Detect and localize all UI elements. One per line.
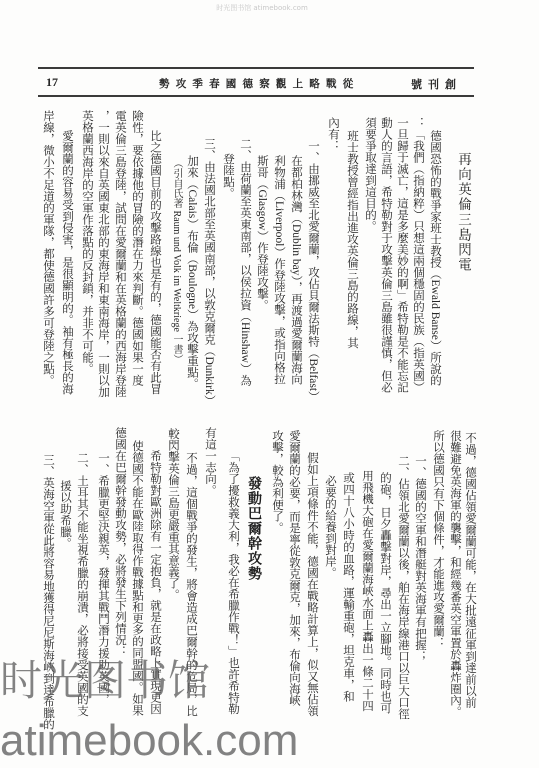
text-column: 假如上項條件不能，德國在戰略計算上，似又無佔領 [306, 452, 318, 717]
text-column: 斯哥（Glasgow）作登陸攻擊。 [256, 155, 268, 311]
section-heading: 發動巴爾幹攻勢 [246, 476, 261, 581]
text-column: 英格蘭西海岸的空軍作落點的反封鎖，并非不可能。 [81, 110, 93, 375]
page-number: 17 [46, 75, 58, 90]
citation: （引自氏著 Raum und Volk im Weltkriege 一書） [170, 158, 182, 364]
text-column: 險性，要依據他的冒險的潛在力來判斷。德國如果一度 [131, 110, 143, 386]
issue-label: 創刊號 [411, 76, 462, 92]
text-column: 德國在巴爾幹發動攻勢，必將發生下列情況： [114, 427, 126, 657]
list-item: 二、佔領北愛爾蘭以後，舶在海岸線港口以巨大口徑 [397, 455, 409, 720]
text-column: 愛爾蘭的容易受到侵害，是很顯明的。袖有極長的海 [61, 130, 73, 395]
text-column: 須要爭取達到這目的。 [364, 117, 376, 232]
scanned-page: 时光图书馆 atimebook.com 17 從戰略上觀察德國春季攻勢 創刊號 … [0, 0, 539, 768]
text-column: 用飛機大砲在愛爾蘭海峽水面上轟出一條二十四 [361, 470, 373, 712]
text-column: ，一則以來自英國東北部的東海岸和東南海岸，一則以加 [97, 110, 109, 398]
text-column: 的砲，日夕轟擊對岸，尋出一立腳地。同時也可 [379, 472, 391, 714]
text-column: 利物浦（Liverpool）作登陸攻擊，或指向格拉 [273, 155, 285, 384]
text-column: 電英倫三島登陸，試問在愛爾蘭和在英格蘭的西海岸登陸 [114, 110, 126, 398]
text-column: 必要的給養到對岸。 [324, 475, 336, 579]
section-title: 再向英倫三島閃電 [456, 152, 470, 273]
watermark-url: atimebook.com [0, 719, 298, 763]
list-item: 一、由挪威至北愛爾蘭，攻佔貝爾法斯特（Belfast） [307, 140, 319, 403]
text-column: 有這一志向。 [204, 427, 216, 496]
text-column: 所以德國只有下個條件，才能進攻愛爾蘭： [432, 430, 444, 649]
text-column: 內有： [327, 117, 339, 152]
text-column: 在都柏林灣（Dublin bay），再渡過愛爾蘭海向 [290, 155, 302, 385]
text-column: 或四十八小時的血路，運輸重砲，坦克車，和 [342, 472, 354, 702]
text-column: 岸線，微小不足道的軍隊，都使德國許多可登陸之點。 [42, 110, 54, 386]
text-column: 援以助希臘。 [59, 480, 71, 549]
text-column: 「為了擾救義大利，我必在希臘作戰！」也許希特勒 [227, 450, 239, 715]
text-column: 很難避免英海軍的襲擊，和經幾番英空軍置於轟炸圈內。 [449, 430, 461, 718]
running-title: 從戰略上觀察德國春季攻勢 [159, 76, 359, 91]
list-item: 二、由荷蘭至英東南部，以侯拉資（Hinshaw）為 [239, 138, 251, 386]
text-column: 比之德國目前的攻擊路線也是有的，德國能否有此冒 [149, 130, 161, 395]
text-column: 攻擊，較為利便了。 [271, 430, 283, 534]
text-column: 德國恐怖的戰爭家班士教授（Ewald Banse）所說的 [429, 130, 441, 386]
text-column: 較閃擊英倫三島更嚴重其意義了。 [167, 428, 179, 601]
text-column: 登陸點。 [222, 153, 234, 199]
text-column: 愛爾蘭的必要，而是寧從敦克爾克，加來，布倫向海峽 [288, 430, 300, 706]
text-column: 加來（Calais）布倫（Boulogne）為攻擊重點。 [186, 155, 198, 389]
text-column: 一旦歸于滅亡，這是多麼美妙的啊」希特勒是不能忘記 [396, 117, 408, 393]
list-item: 一、德國的空軍和潛艇對英海軍有把握； [414, 455, 426, 662]
watermark-chinese: 时光图书馆 [0, 660, 210, 702]
text-column: 班士教授曾經指出進攻英倫三島的路線，其 [346, 130, 358, 349]
header-rule-bottom [38, 95, 474, 97]
text-column: 動人的言語，希特勒對于攻擊英倫三島雖很謹慎，但必 [380, 117, 392, 393]
header-rule-top [38, 67, 474, 69]
watermark-top: 时光图书馆 atimebook.com [150, 3, 374, 13]
text-column: ：「我們（指納粹）只想這兩個穩固的民族（指英國） [412, 117, 424, 393]
list-item: 三、由法國北部至英國南部，以敦克爾克（Dunkirk） [203, 138, 215, 406]
text-column: 不過，德國佔領愛爾蘭可能，在大批遠征軍到達前以前 [464, 432, 476, 708]
